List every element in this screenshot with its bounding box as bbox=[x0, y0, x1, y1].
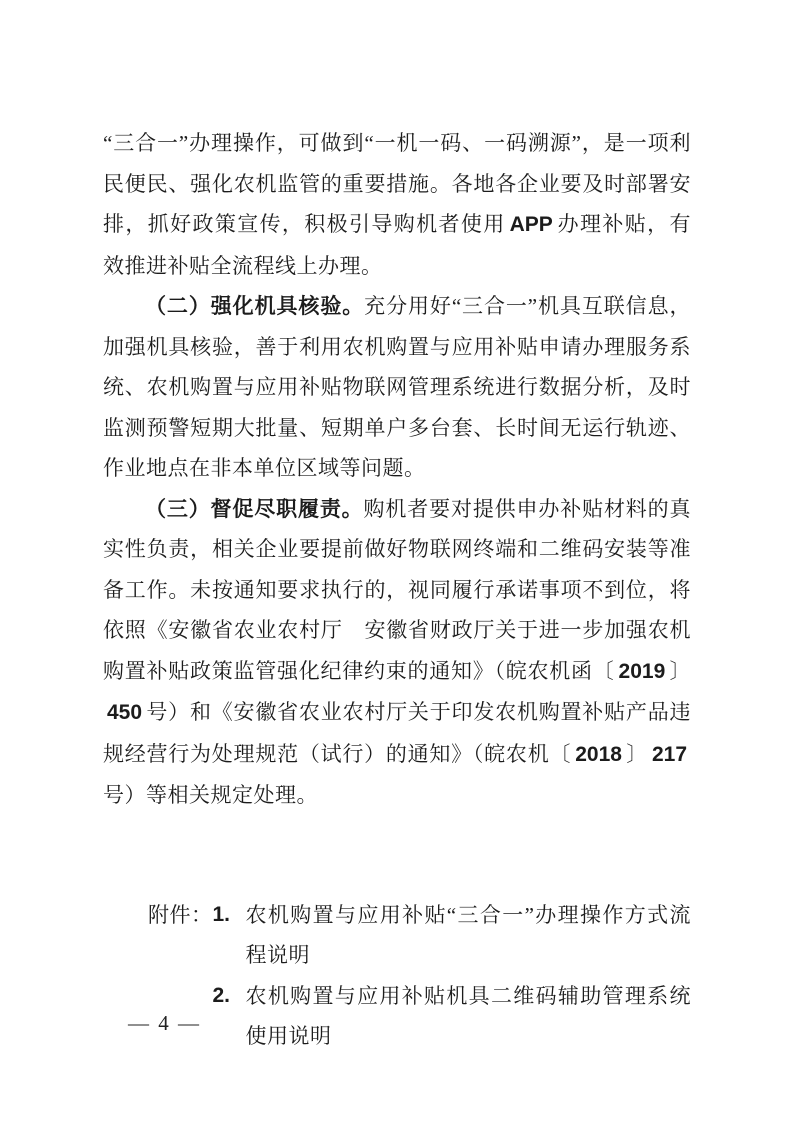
attachment-item-title: 农机购置与应用补贴机具二维码辅助管理系统使用说明 bbox=[246, 976, 692, 1057]
attachment-item: 1. 农机购置与应用补贴“三合一”办理操作方式流程说明 bbox=[213, 895, 692, 976]
page-number: — 4 — bbox=[128, 1008, 201, 1038]
paragraph-text: 〕 bbox=[669, 659, 691, 683]
paragraph-text: 号）等相关规定处理。 bbox=[103, 783, 318, 807]
section-3-heading: （三）督促尽职履责。 bbox=[145, 497, 364, 521]
section-2-heading: （二）强化机具核验。 bbox=[145, 294, 364, 318]
paragraph-section-3: （三）督促尽职履责。购机者要对提供申办补贴材料的真实性负责，相关企业要提前做好物… bbox=[103, 489, 691, 816]
paragraph-text: 充分用好“三合一”机具互联信息，加强机具核验，善于利用农机购置与应用补贴申请办理… bbox=[103, 294, 691, 480]
document-page: “三合一”办理操作，可做到“一机一码、一码溯源”，是一项利民便民、强化农机监管的… bbox=[0, 0, 793, 1122]
paragraph-continuation: “三合一”办理操作，可做到“一机一码、一码溯源”，是一项利民便民、强化农机监管的… bbox=[103, 123, 691, 286]
attachment-item-title: 农机购置与应用补贴“三合一”办理操作方式流程说明 bbox=[246, 895, 692, 976]
attachment-list: 1. 农机购置与应用补贴“三合一”办理操作方式流程说明 2. 农机购置与应用补贴… bbox=[213, 895, 692, 1057]
document-number-serial-1: 450 bbox=[107, 701, 142, 724]
attachment-item-number: 2. bbox=[213, 976, 246, 1017]
document-number-serial-2: 217 bbox=[652, 743, 687, 766]
attachment-item-number: 1. bbox=[213, 895, 246, 936]
document-number-year-2: 2018 bbox=[575, 743, 622, 766]
paragraph-text: 〕 bbox=[626, 742, 648, 766]
paragraph-text: 购机者要对提供申办补贴材料的真实性负责，相关企业要提前做好物联网终端和二维码安装… bbox=[103, 497, 691, 683]
document-number-year-1: 2019 bbox=[619, 660, 666, 683]
paragraph-section-2: （二）强化机具核验。充分用好“三合一”机具互联信息，加强机具核验，善于利用农机购… bbox=[103, 286, 691, 489]
document-body: “三合一”办理操作，可做到“一机一码、一码溯源”，是一项利民便民、强化农机监管的… bbox=[103, 123, 691, 1057]
attachment-item: 2. 农机购置与应用补贴机具二维码辅助管理系统使用说明 bbox=[213, 976, 692, 1057]
app-abbreviation: APP bbox=[510, 213, 553, 236]
attachment-label: 附件： bbox=[148, 895, 213, 936]
